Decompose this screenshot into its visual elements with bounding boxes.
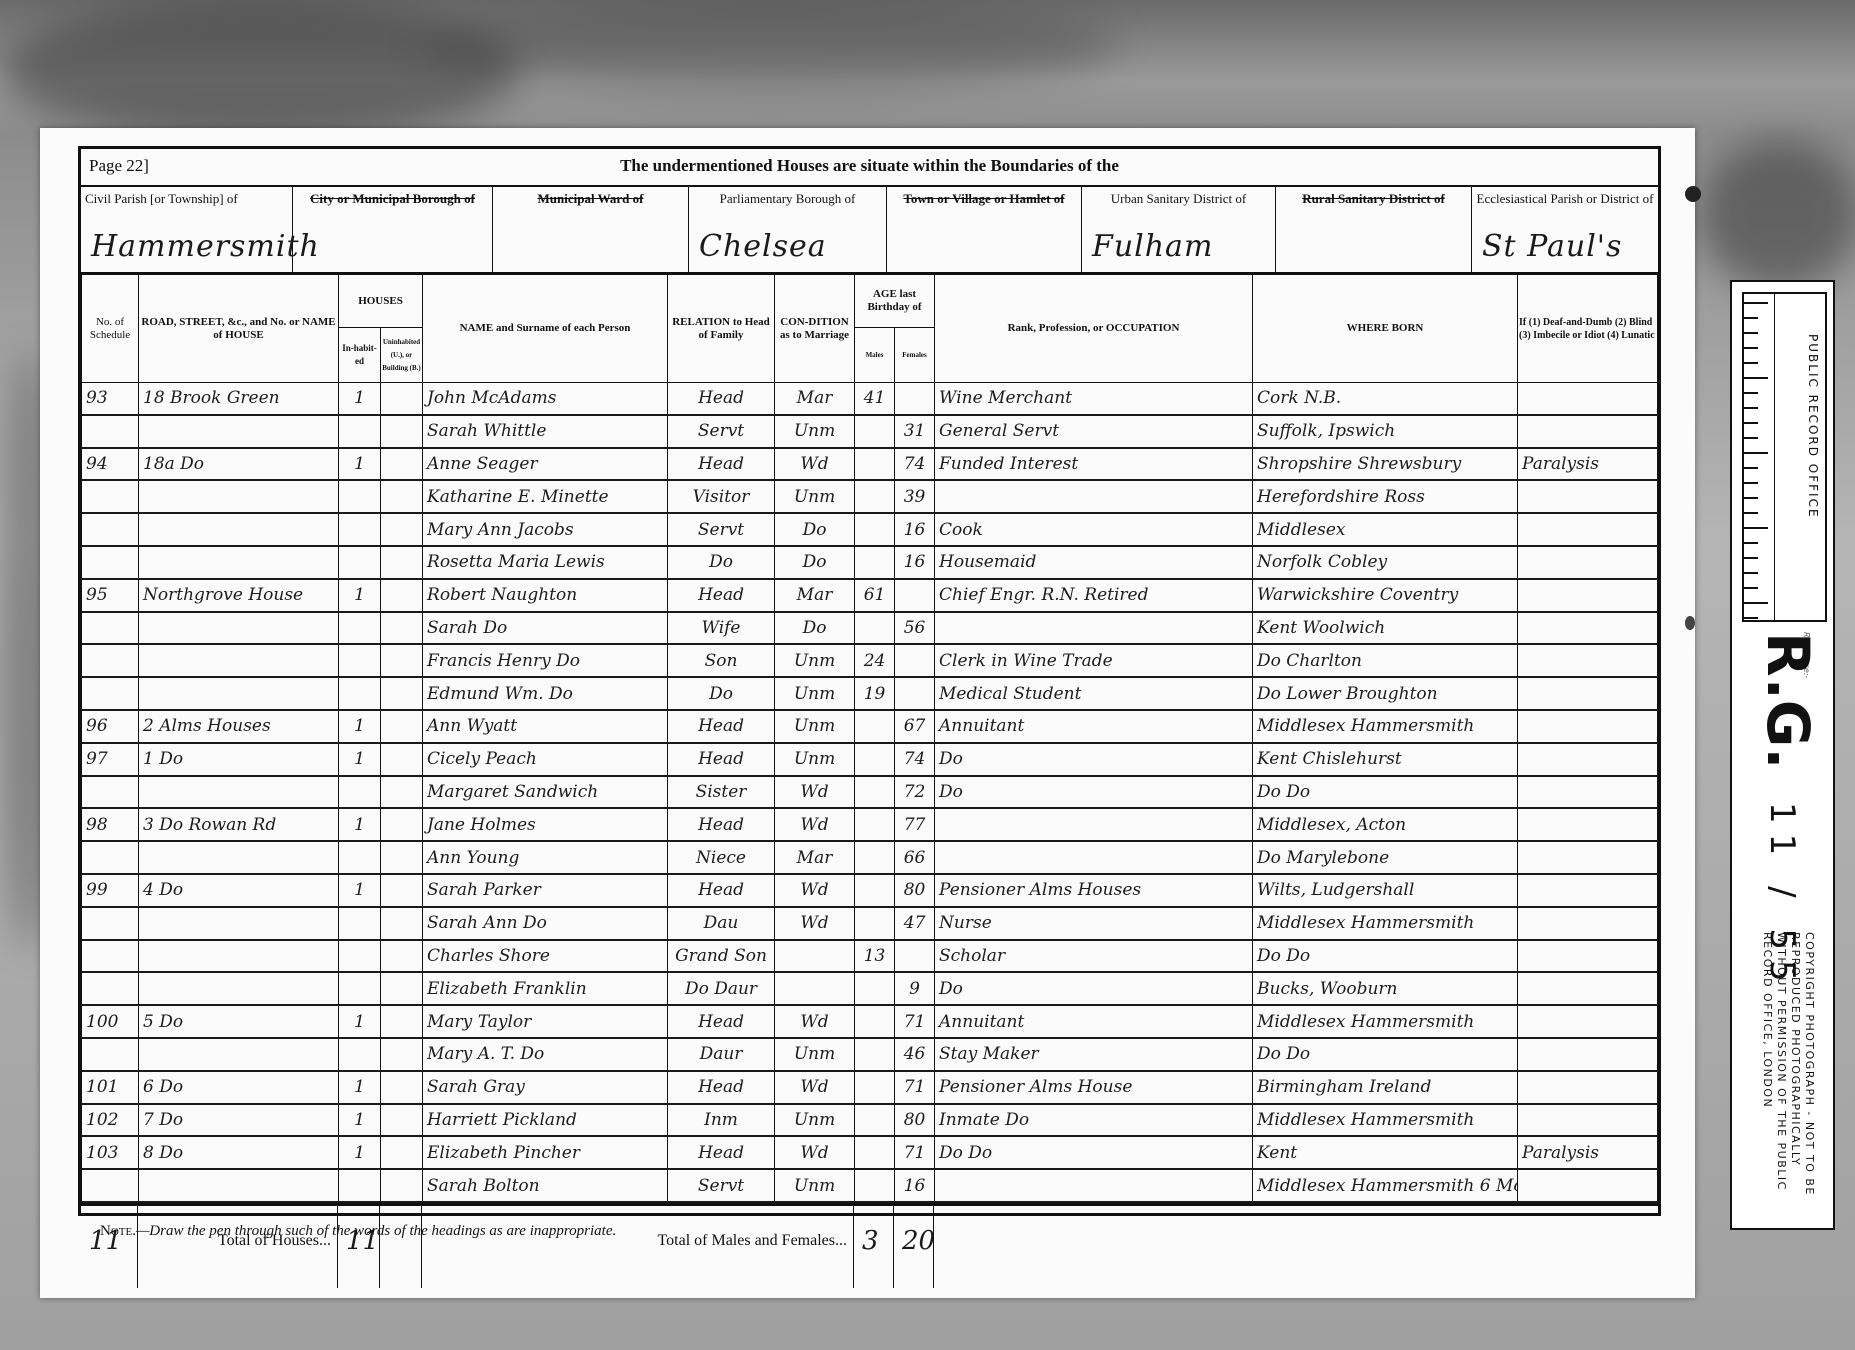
- ruler-tick: [1744, 332, 1758, 334]
- table-row: Sarah WhittleServtUnm31General ServtSuff…: [82, 415, 1658, 448]
- col-houses: HOUSES: [339, 275, 423, 328]
- cell-relation: Grand Son: [668, 940, 775, 973]
- cell-uninhabited: [381, 579, 423, 612]
- cell-condition: Do: [775, 546, 855, 579]
- cell-occupation: Do: [935, 972, 1253, 1005]
- cell-road-house: [139, 841, 339, 874]
- cell-schedule-no: 94: [82, 448, 139, 481]
- cell-uninhabited: [381, 1038, 423, 1071]
- table-row: 983 Do Rowan Rd1Jane HolmesHeadWd77Middl…: [82, 808, 1658, 841]
- cell-inhabited: [339, 1169, 381, 1202]
- cell-occupation: [935, 612, 1253, 645]
- ruler-tick: [1744, 362, 1758, 364]
- col-age: AGE last Birthday of: [855, 275, 935, 328]
- cell-schedule-no: [82, 480, 139, 513]
- cell-age-male: [855, 710, 895, 743]
- cell-occupation: Annuitant: [935, 710, 1253, 743]
- cell-age-male: 41: [855, 383, 895, 415]
- cell-schedule-no: 101: [82, 1071, 139, 1104]
- cell-infirmity: [1518, 972, 1658, 1005]
- cell-age-male: [855, 1005, 895, 1038]
- cell-uninhabited: [381, 776, 423, 809]
- cell-infirmity: [1518, 513, 1658, 546]
- cell-condition: Unm: [775, 677, 855, 710]
- cell-person-name: Ann Young: [423, 841, 668, 874]
- cell-condition: Mar: [775, 383, 855, 415]
- cell-relation: Dau: [668, 907, 775, 940]
- cell-inhabited: 1: [339, 808, 381, 841]
- totals-row: 11 Total of Houses... 11 Total of Males …: [81, 1203, 1658, 1288]
- cell-infirmity: [1518, 1071, 1658, 1104]
- cell-relation: Do: [668, 677, 775, 710]
- cell-person-name: Mary Taylor: [423, 1005, 668, 1038]
- cell-age-female: [895, 644, 935, 677]
- table-row: Francis Henry DoSonUnm24Clerk in Wine Tr…: [82, 644, 1658, 677]
- footnote: Note.—Draw the pen through such of the w…: [100, 1223, 616, 1240]
- cell-uninhabited: [381, 415, 423, 448]
- cell-occupation: [935, 1169, 1253, 1202]
- ruler-tick: [1744, 497, 1758, 499]
- binding-hole: [1685, 616, 1695, 630]
- table-row: 95Northgrove House1Robert NaughtonHeadMa…: [82, 579, 1658, 612]
- cell-schedule-no: [82, 1038, 139, 1071]
- cell-uninhabited: [381, 874, 423, 907]
- cell-where-born: Do Do: [1253, 1038, 1518, 1071]
- cell-age-female: 74: [895, 743, 935, 776]
- col-uninhabited: Uninhabited (U.), or Building (B.): [381, 328, 423, 383]
- cell-road-house: [139, 972, 339, 1005]
- table-row: Ann YoungNieceMar66Do Marylebone: [82, 841, 1658, 874]
- cell-infirmity: [1518, 1169, 1658, 1202]
- cell-where-born: Middlesex Hammersmith: [1253, 1104, 1518, 1137]
- cell-where-born: Cork N.B.: [1253, 383, 1518, 415]
- table-row: Margaret SandwichSisterWd72DoDo Do: [82, 776, 1658, 809]
- cell-schedule-no: [82, 940, 139, 973]
- table-row: Edmund Wm. DoDoUnm19Medical StudentDo Lo…: [82, 677, 1658, 710]
- cell-person-name: Mary Ann Jacobs: [423, 513, 668, 546]
- cell-uninhabited: [381, 480, 423, 513]
- cell-where-born: Do Marylebone: [1253, 841, 1518, 874]
- cell-where-born: Do Lower Broughton: [1253, 677, 1518, 710]
- cell-person-name: Anne Seager: [423, 448, 668, 481]
- cell-relation: Servt: [668, 1169, 775, 1202]
- table-row: Sarah Ann DoDauWd47NurseMiddlesex Hammer…: [82, 907, 1658, 940]
- cell-person-name: Robert Naughton: [423, 579, 668, 612]
- cell-age-female: 16: [895, 1169, 935, 1202]
- cell-road-house: [139, 480, 339, 513]
- cell-age-female: 46: [895, 1038, 935, 1071]
- cell-inhabited: 1: [339, 1005, 381, 1038]
- cell-road-house: [139, 513, 339, 546]
- form-header: Page 22] The undermentioned Houses are s…: [81, 149, 1658, 187]
- cell-occupation: Nurse: [935, 907, 1253, 940]
- cell-relation: Inm: [668, 1104, 775, 1137]
- cell-person-name: Sarah Do: [423, 612, 668, 645]
- cell-age-female: [895, 579, 935, 612]
- cell-person-name: Elizabeth Franklin: [423, 972, 668, 1005]
- table-row: Mary A. T. DoDaurUnm46Stay MakerDo Do: [82, 1038, 1658, 1071]
- cell-age-male: 24: [855, 644, 895, 677]
- record-office-name: PUBLIC RECORD OFFICE: [1806, 334, 1820, 519]
- cell-person-name: Edmund Wm. Do: [423, 677, 668, 710]
- cell-occupation: Annuitant: [935, 1005, 1253, 1038]
- cell-condition: Wd: [775, 448, 855, 481]
- cell-age-male: 13: [855, 940, 895, 973]
- cell-where-born: Middlesex, Acton: [1253, 808, 1518, 841]
- cell-infirmity: [1518, 480, 1658, 513]
- table-row: Elizabeth FranklinDo Daur9DoBucks, Woobu…: [82, 972, 1658, 1005]
- cell-infirmity: [1518, 940, 1658, 973]
- ruler-tick: [1744, 572, 1758, 574]
- cell-road-house: 7 Do: [139, 1104, 339, 1137]
- col-relation: RELATION to Head of Family: [668, 275, 775, 383]
- cell-relation: Son: [668, 644, 775, 677]
- cell-road-house: 6 Do: [139, 1071, 339, 1104]
- cell-inhabited: [339, 907, 381, 940]
- cell-road-house: [139, 677, 339, 710]
- cell-inhabited: 1: [339, 874, 381, 907]
- cell-uninhabited: [381, 972, 423, 1005]
- cell-age-female: 31: [895, 415, 935, 448]
- ruler-tick: [1744, 317, 1758, 319]
- cell-uninhabited: [381, 546, 423, 579]
- cell-where-born: Suffolk, Ipswich: [1253, 415, 1518, 448]
- cell-road-house: 18 Brook Green: [139, 383, 339, 415]
- district-parliamentary-borough: Parliamentary Borough of Chelsea: [689, 187, 887, 272]
- table-row: Katharine E. MinetteVisitorUnm39Hereford…: [82, 480, 1658, 513]
- cell-age-female: 74: [895, 448, 935, 481]
- cell-age-female: 67: [895, 710, 935, 743]
- ruler-tick: [1744, 392, 1758, 394]
- cell-person-name: Ann Wyatt: [423, 710, 668, 743]
- table-row: Mary Ann JacobsServtDo16CookMiddlesex: [82, 513, 1658, 546]
- cell-schedule-no: [82, 907, 139, 940]
- cell-where-born: Middlesex Hammersmith: [1253, 710, 1518, 743]
- district-municipal-ward: Municipal Ward of: [493, 187, 689, 272]
- cell-occupation: Chief Engr. R.N. Retired: [935, 579, 1253, 612]
- cell-where-born: Kent: [1253, 1136, 1518, 1169]
- cell-condition: Mar: [775, 579, 855, 612]
- copyright-notice: COPYRIGHT PHOTOGRAPH - NOT TO BE REPRODU…: [1746, 932, 1816, 1212]
- cell-person-name: Charles Shore: [423, 940, 668, 973]
- cell-uninhabited: [381, 1005, 423, 1038]
- cell-inhabited: [339, 972, 381, 1005]
- cell-occupation: Do: [935, 743, 1253, 776]
- cell-relation: Do: [668, 546, 775, 579]
- cell-relation: Head: [668, 383, 775, 415]
- cell-infirmity: [1518, 710, 1658, 743]
- cell-where-born: Do Do: [1253, 776, 1518, 809]
- cell-age-female: 47: [895, 907, 935, 940]
- series-code: R.G.: [1754, 632, 1822, 769]
- cell-inhabited: 1: [339, 1071, 381, 1104]
- cell-road-house: Northgrove House: [139, 579, 339, 612]
- cell-schedule-no: 100: [82, 1005, 139, 1038]
- cell-road-house: [139, 940, 339, 973]
- cell-infirmity: [1518, 907, 1658, 940]
- cell-where-born: Middlesex Hammersmith: [1253, 1005, 1518, 1038]
- cell-age-female: [895, 383, 935, 415]
- cell-occupation: Scholar: [935, 940, 1253, 973]
- cell-uninhabited: [381, 710, 423, 743]
- cell-schedule-no: 96: [82, 710, 139, 743]
- cell-where-born: Do Do: [1253, 940, 1518, 973]
- cell-age-female: 66: [895, 841, 935, 874]
- cell-age-female: 71: [895, 1136, 935, 1169]
- cell-age-male: [855, 1071, 895, 1104]
- cell-schedule-no: 103: [82, 1136, 139, 1169]
- cell-where-born: Middlesex Hammersmith 6 Months: [1253, 1169, 1518, 1202]
- cell-condition: Wd: [775, 1005, 855, 1038]
- cell-person-name: John McAdams: [423, 383, 668, 415]
- cell-age-male: [855, 776, 895, 809]
- cell-schedule-no: [82, 415, 139, 448]
- cell-schedule-no: [82, 612, 139, 645]
- cell-condition: Unm: [775, 644, 855, 677]
- cell-condition: Wd: [775, 776, 855, 809]
- cell-person-name: Margaret Sandwich: [423, 776, 668, 809]
- cell-age-male: [855, 972, 895, 1005]
- cell-person-name: Sarah Gray: [423, 1071, 668, 1104]
- cell-road-house: 2 Alms Houses: [139, 710, 339, 743]
- district-value: Fulham: [1092, 229, 1213, 264]
- cell-age-male: [855, 1136, 895, 1169]
- cell-inhabited: [339, 480, 381, 513]
- cell-where-born: Wilts, Ludgershall: [1253, 874, 1518, 907]
- cell-age-female: [895, 940, 935, 973]
- cell-age-female: [895, 677, 935, 710]
- total-persons-label: Total of Males and Females...: [658, 1232, 848, 1250]
- table-row: 1038 Do1Elizabeth PincherHeadWd71Do DoKe…: [82, 1136, 1658, 1169]
- table-row: Sarah BoltonServtUnm16Middlesex Hammersm…: [82, 1169, 1658, 1202]
- cell-infirmity: [1518, 874, 1658, 907]
- cell-schedule-no: [82, 513, 139, 546]
- cell-where-born: Middlesex Hammersmith: [1253, 907, 1518, 940]
- cell-inhabited: [339, 513, 381, 546]
- col-road: ROAD, STREET, &c., and No. or NAME of HO…: [139, 275, 339, 383]
- cell-infirmity: Paralysis: [1518, 1136, 1658, 1169]
- cell-schedule-no: [82, 776, 139, 809]
- cell-infirmity: Paralysis: [1518, 448, 1658, 481]
- ruler-tick: [1744, 512, 1758, 514]
- cell-relation: Head: [668, 874, 775, 907]
- cell-condition: Wd: [775, 907, 855, 940]
- cell-schedule-no: 97: [82, 743, 139, 776]
- ruler-tick: [1744, 437, 1758, 439]
- district-municipal-borough: City or Municipal Borough of: [293, 187, 493, 272]
- cell-schedule-no: [82, 1169, 139, 1202]
- cell-occupation: Do Do: [935, 1136, 1253, 1169]
- cell-condition: [775, 972, 855, 1005]
- cell-occupation: Housemaid: [935, 546, 1253, 579]
- district-urban-sanitary: Urban Sanitary District of Fulham: [1082, 187, 1276, 272]
- cell-occupation: Do: [935, 776, 1253, 809]
- cell-schedule-no: 102: [82, 1104, 139, 1137]
- cell-uninhabited: [381, 448, 423, 481]
- cell-age-male: [855, 1169, 895, 1202]
- cell-occupation: Inmate Do: [935, 1104, 1253, 1137]
- table-row: 9418a Do1Anne SeagerHeadWd74Funded Inter…: [82, 448, 1658, 481]
- cell-uninhabited: [381, 644, 423, 677]
- cell-inhabited: 1: [339, 1136, 381, 1169]
- cell-where-born: Do Charlton: [1253, 644, 1518, 677]
- cell-person-name: Elizabeth Pincher: [423, 1136, 668, 1169]
- cell-occupation: Pensioner Alms Houses: [935, 874, 1253, 907]
- cell-uninhabited: [381, 1104, 423, 1137]
- cell-age-male: [855, 808, 895, 841]
- cell-uninhabited: [381, 808, 423, 841]
- cell-age-male: [855, 513, 895, 546]
- cell-where-born: Birmingham Ireland: [1253, 1071, 1518, 1104]
- census-table: No. of Schedule ROAD, STREET, &c., and N…: [81, 275, 1658, 1203]
- cell-age-female: 16: [895, 513, 935, 546]
- cell-person-name: Rosetta Maria Lewis: [423, 546, 668, 579]
- cell-condition: Do: [775, 513, 855, 546]
- col-name: NAME and Surname of each Person: [423, 275, 668, 383]
- cell-age-male: 61: [855, 579, 895, 612]
- cell-condition: Unm: [775, 710, 855, 743]
- cell-road-house: 8 Do: [139, 1136, 339, 1169]
- cell-relation: Head: [668, 808, 775, 841]
- cell-infirmity: [1518, 776, 1658, 809]
- col-where-born: WHERE BORN: [1253, 275, 1518, 383]
- cell-condition: Wd: [775, 808, 855, 841]
- cell-age-male: [855, 546, 895, 579]
- cell-where-born: Shropshire Shrewsbury: [1253, 448, 1518, 481]
- cell-inhabited: [339, 612, 381, 645]
- cell-where-born: Middlesex: [1253, 513, 1518, 546]
- cell-inhabited: [339, 776, 381, 809]
- cell-age-male: [855, 1104, 895, 1137]
- cell-age-female: 80: [895, 874, 935, 907]
- cell-age-female: 16: [895, 546, 935, 579]
- cell-person-name: Francis Henry Do: [423, 644, 668, 677]
- cell-condition: Unm: [775, 1104, 855, 1137]
- cell-condition: Wd: [775, 1136, 855, 1169]
- cell-age-male: [855, 907, 895, 940]
- cell-occupation: Pensioner Alms House: [935, 1071, 1253, 1104]
- table-row: Rosetta Maria LewisDoDo16HousemaidNorfol…: [82, 546, 1658, 579]
- district-value: Chelsea: [699, 229, 827, 264]
- cell-schedule-no: [82, 546, 139, 579]
- cell-relation: Head: [668, 579, 775, 612]
- cell-age-male: [855, 1038, 895, 1071]
- cell-occupation: [935, 808, 1253, 841]
- ruler-tick: [1744, 347, 1758, 349]
- cell-inhabited: 1: [339, 448, 381, 481]
- cell-uninhabited: [381, 1071, 423, 1104]
- census-form: Page 22] The undermentioned Houses are s…: [78, 146, 1661, 1216]
- cell-schedule-no: [82, 841, 139, 874]
- cell-condition: Unm: [775, 480, 855, 513]
- table-row: 1027 Do1Harriett PicklandInmUnm80Inmate …: [82, 1104, 1658, 1137]
- cell-schedule-no: 93: [82, 383, 139, 415]
- cell-age-female: 77: [895, 808, 935, 841]
- col-females: Females: [895, 328, 935, 383]
- cell-age-male: [855, 480, 895, 513]
- cell-where-born: Kent Chislehurst: [1253, 743, 1518, 776]
- cell-road-house: [139, 1169, 339, 1202]
- cell-inhabited: [339, 546, 381, 579]
- cell-age-female: 56: [895, 612, 935, 645]
- cell-age-male: 19: [855, 677, 895, 710]
- cell-age-female: 80: [895, 1104, 935, 1137]
- col-schedule: No. of Schedule: [82, 275, 139, 383]
- cell-condition: [775, 940, 855, 973]
- table-row: 962 Alms Houses1Ann WyattHeadUnm67Annuit…: [82, 710, 1658, 743]
- ruler-tick: [1744, 482, 1758, 484]
- cell-road-house: 5 Do: [139, 1005, 339, 1038]
- cell-condition: Unm: [775, 1038, 855, 1071]
- cell-schedule-no: [82, 972, 139, 1005]
- cell-road-house: [139, 644, 339, 677]
- cell-infirmity: [1518, 546, 1658, 579]
- cell-road-house: 1 Do: [139, 743, 339, 776]
- cell-occupation: Clerk in Wine Trade: [935, 644, 1253, 677]
- cell-occupation: Stay Maker: [935, 1038, 1253, 1071]
- cell-condition: Wd: [775, 1071, 855, 1104]
- district-value: St Paul's: [1482, 229, 1622, 264]
- cell-occupation: Cook: [935, 513, 1253, 546]
- table-row: 971 Do1Cicely PeachHeadUnm74DoKent Chisl…: [82, 743, 1658, 776]
- cell-schedule-no: 99: [82, 874, 139, 907]
- district-value: Hammersmith: [91, 229, 320, 264]
- cell-person-name: Sarah Whittle: [423, 415, 668, 448]
- cell-road-house: 3 Do Rowan Rd: [139, 808, 339, 841]
- cell-condition: Unm: [775, 1169, 855, 1202]
- col-occupation: Rank, Profession, or OCCUPATION: [935, 275, 1253, 383]
- ruler-tick: [1744, 422, 1758, 424]
- cell-schedule-no: 98: [82, 808, 139, 841]
- ruler-tick: [1744, 467, 1758, 469]
- col-infirmity: If (1) Deaf-and-Dumb (2) Blind (3) Imbec…: [1518, 275, 1658, 383]
- cell-relation: Niece: [668, 841, 775, 874]
- cell-inhabited: 1: [339, 1104, 381, 1137]
- cell-infirmity: [1518, 743, 1658, 776]
- cell-where-born: Norfolk Cobley: [1253, 546, 1518, 579]
- ruler-tick: [1744, 452, 1768, 454]
- cell-uninhabited: [381, 743, 423, 776]
- cell-condition: Unm: [775, 743, 855, 776]
- district-row: Civil Parish [or Township] of Hammersmit…: [81, 187, 1658, 275]
- binding-hole: [1685, 186, 1701, 202]
- cell-age-female: 71: [895, 1071, 935, 1104]
- cell-age-male: [855, 841, 895, 874]
- district-town-village: Town or Village or Hamlet of: [887, 187, 1082, 272]
- cell-relation: Head: [668, 1071, 775, 1104]
- cell-occupation: General Servt: [935, 415, 1253, 448]
- cell-infirmity: [1518, 383, 1658, 415]
- cell-infirmity: [1518, 415, 1658, 448]
- cell-relation: Sister: [668, 776, 775, 809]
- cell-uninhabited: [381, 612, 423, 645]
- col-inhabited: In-habit-ed: [339, 328, 381, 383]
- cell-infirmity: [1518, 808, 1658, 841]
- cell-inhabited: [339, 644, 381, 677]
- cell-where-born: Bucks, Wooburn: [1253, 972, 1518, 1005]
- table-row: 1005 Do1Mary TaylorHeadWd71AnnuitantMidd…: [82, 1005, 1658, 1038]
- ruler-tick: [1744, 557, 1758, 559]
- cell-road-house: [139, 907, 339, 940]
- table-row: 9318 Brook Green1John McAdamsHeadMar41Wi…: [82, 383, 1658, 415]
- cell-inhabited: 1: [339, 743, 381, 776]
- cell-infirmity: [1518, 579, 1658, 612]
- cell-road-house: [139, 612, 339, 645]
- col-condition: CON-DITION as to Marriage: [775, 275, 855, 383]
- cell-schedule-no: [82, 644, 139, 677]
- cell-occupation: Funded Interest: [935, 448, 1253, 481]
- col-males: Males: [855, 328, 895, 383]
